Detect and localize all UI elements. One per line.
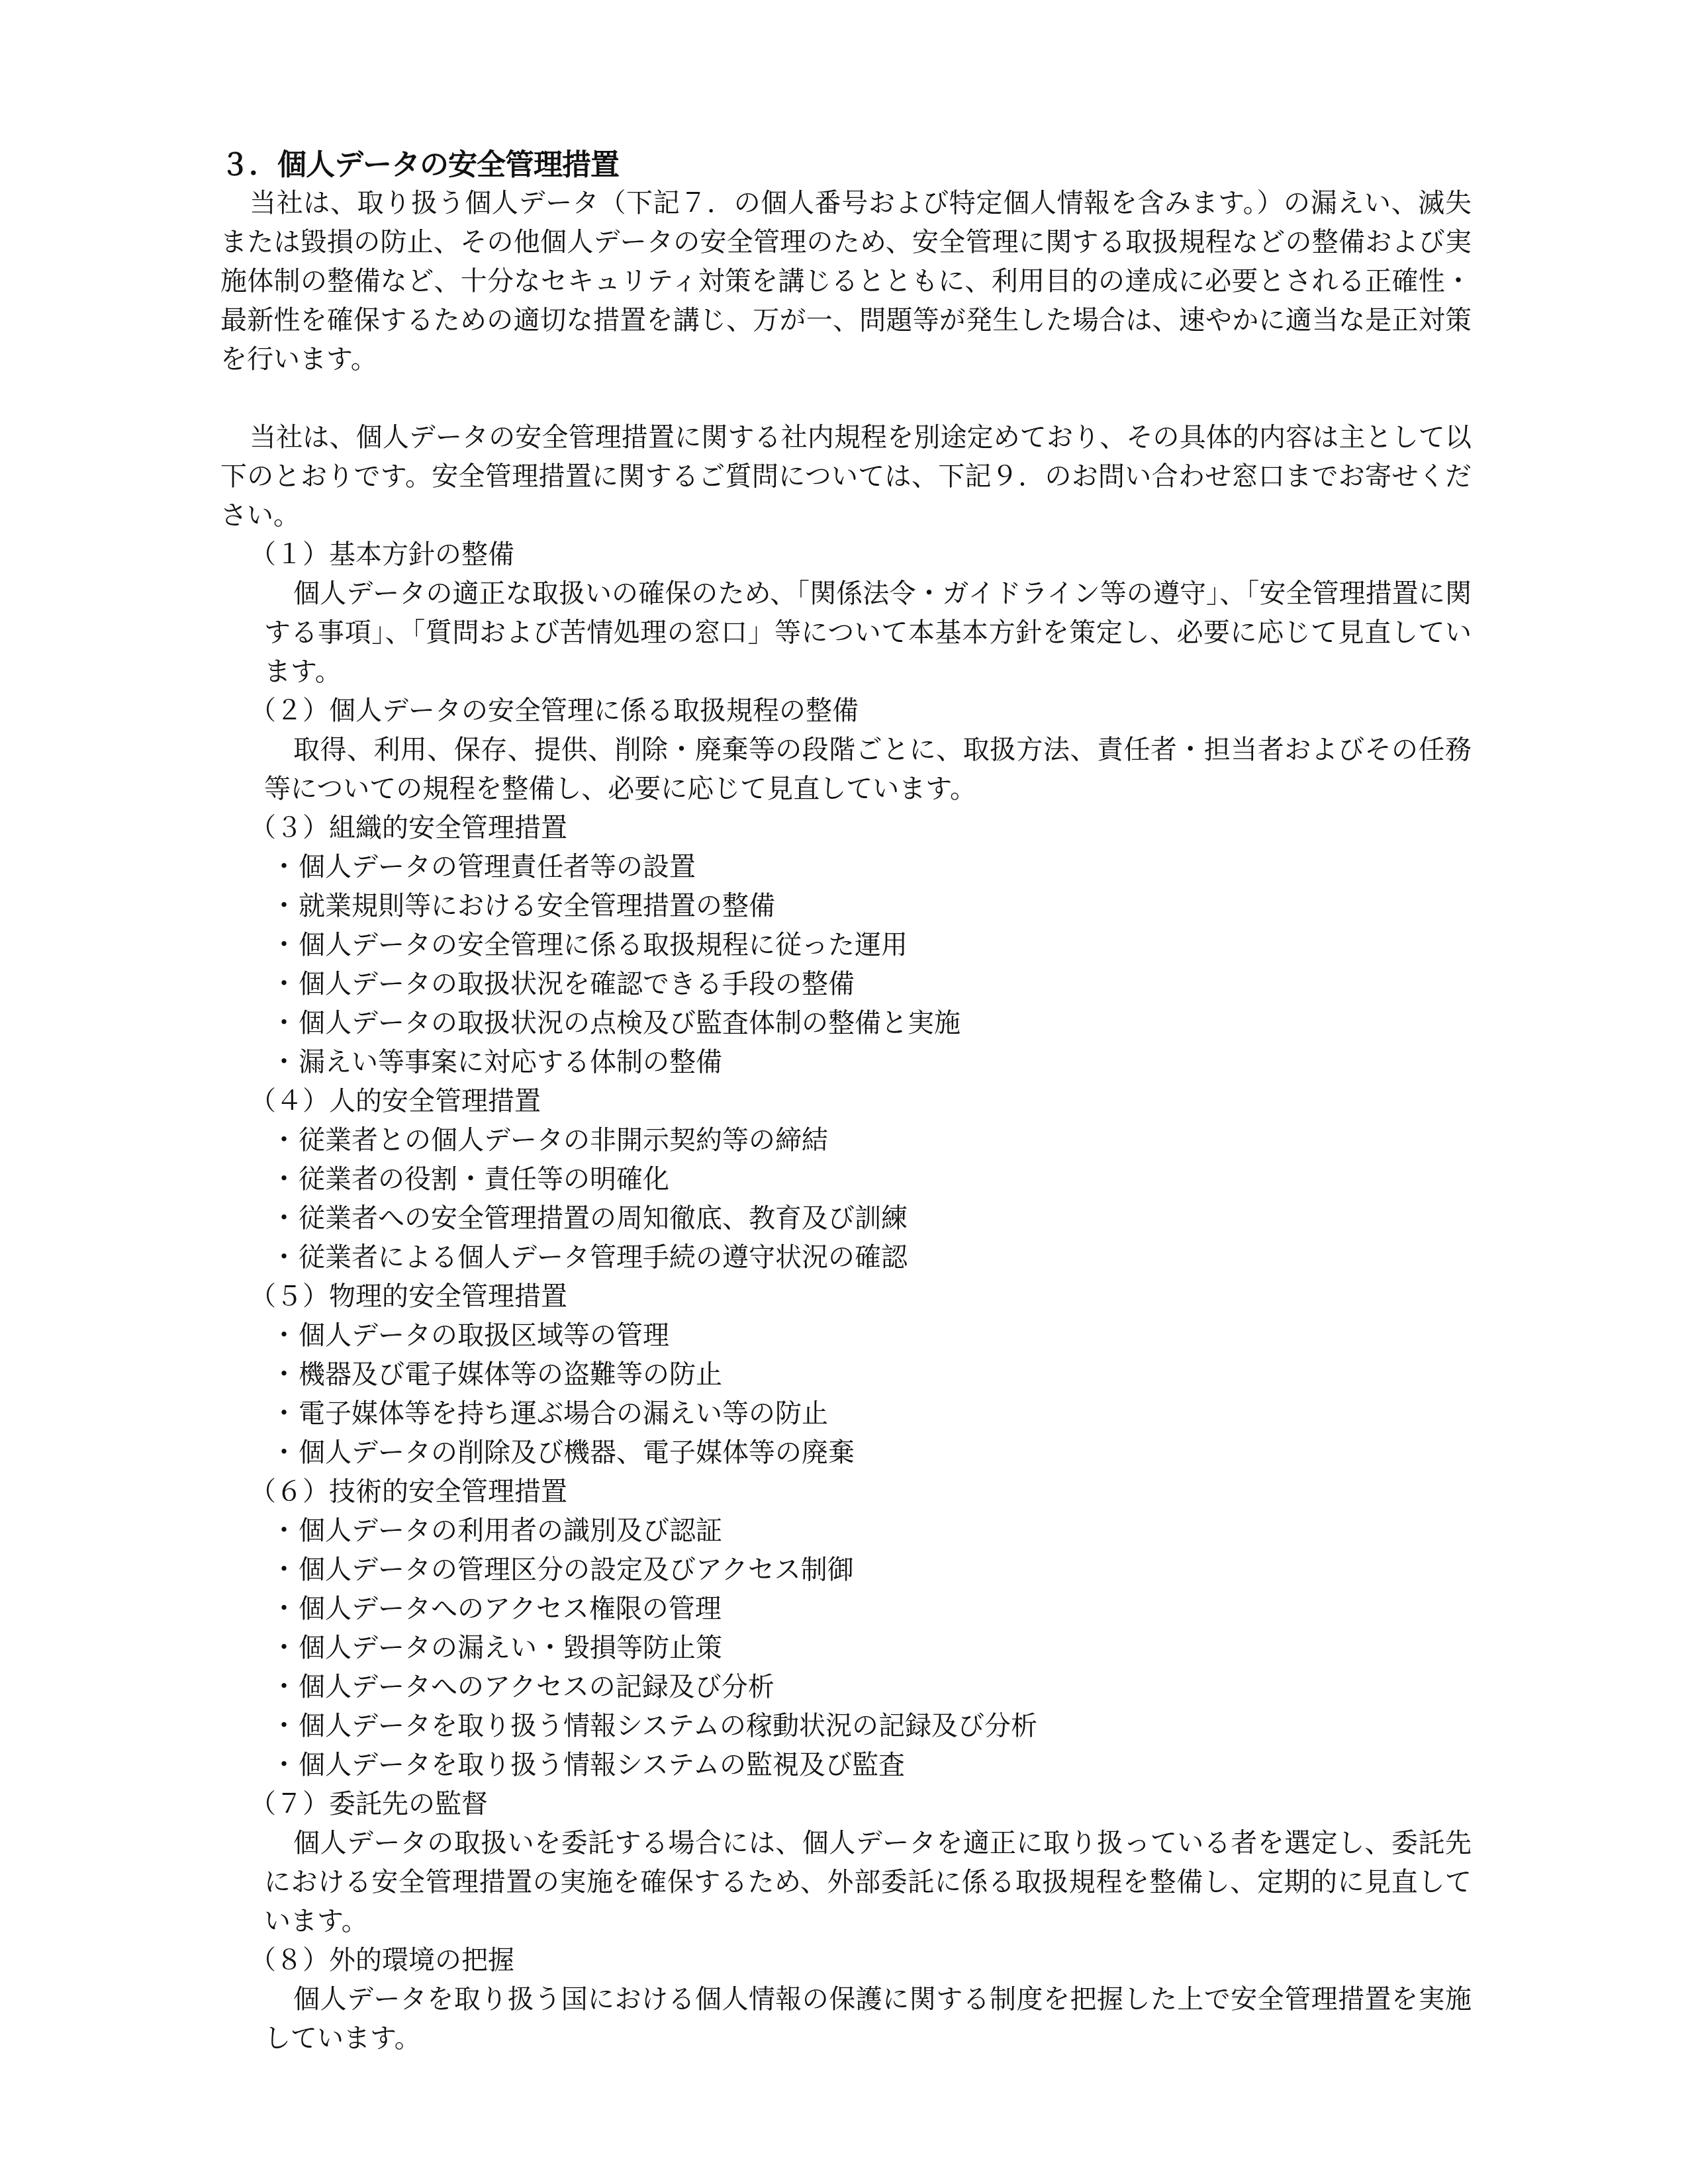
bullet-icon: ・: [269, 1238, 299, 1277]
measure-heading: （６）技術的安全管理措置: [220, 1473, 1472, 1512]
measure-body: 個人データを取り扱う国における個人情報の保護に関する制度を把握した上で安全管理措…: [264, 1980, 1472, 2058]
bullet-icon: ・: [269, 848, 299, 887]
paragraph-spacer: [220, 379, 1472, 418]
measure-physical: （５）物理的安全管理措置 ・個人データの取扱区域等の管理 ・機器及び電子媒体等の…: [220, 1277, 1472, 1473]
list-item: ・従業者の役割・責任等の明確化: [269, 1160, 1472, 1199]
section-title: ３．個人データの安全管理措置: [220, 147, 1472, 184]
measure-items: ・従業者との個人データの非開示契約等の締結 ・従業者の役割・責任等の明確化 ・従…: [220, 1121, 1472, 1277]
bullet-icon: ・: [269, 1121, 299, 1160]
document-page: ３．個人データの安全管理措置 当社は、取り扱う個人データ（下記７．の個人番号およ…: [220, 147, 1472, 2058]
list-item: ・個人データの漏えい・毀損等防止策: [269, 1629, 1472, 1668]
bullet-icon: ・: [269, 926, 299, 965]
bullet-icon: ・: [269, 1043, 299, 1082]
measure-body: 取得、利用、保存、提供、削除・廃棄等の段階ごとに、取扱方法、責任者・担当者および…: [264, 731, 1472, 809]
bullet-icon: ・: [269, 887, 299, 926]
measure-heading: （２）個人データの安全管理に係る取扱規程の整備: [220, 692, 1472, 731]
measure-items: ・個人データの管理責任者等の設置 ・就業規則等における安全管理措置の整備 ・個人…: [220, 848, 1472, 1082]
bullet-icon: ・: [269, 1004, 299, 1043]
list-item: ・電子媒体等を持ち運ぶ場合の漏えい等の防止: [269, 1394, 1472, 1433]
measure-heading: （７）委託先の監督: [220, 1785, 1472, 1824]
intro-paragraph-2: 当社は、個人データの安全管理措置に関する社内規程を別途定めており、その具体的内容…: [220, 418, 1472, 535]
list-item: ・個人データへのアクセス権限の管理: [269, 1590, 1472, 1629]
list-item: ・個人データの管理区分の設定及びアクセス制御: [269, 1551, 1472, 1590]
bullet-icon: ・: [269, 1316, 299, 1355]
measure-basic-policy: （１）基本方針の整備 個人データの適正な取扱いの確保のため、「関係法令・ガイドラ…: [220, 535, 1472, 692]
list-item: ・漏えい等事案に対応する体制の整備: [269, 1043, 1472, 1082]
bullet-icon: ・: [269, 1746, 299, 1785]
bullet-icon: ・: [269, 1707, 299, 1746]
measure-heading: （８）外的環境の把握: [220, 1941, 1472, 1980]
measure-items: ・個人データの取扱区域等の管理 ・機器及び電子媒体等の盗難等の防止 ・電子媒体等…: [220, 1316, 1472, 1473]
measure-organizational: （３）組織的安全管理措置 ・個人データの管理責任者等の設置 ・就業規則等における…: [220, 809, 1472, 1082]
list-item: ・個人データの取扱区域等の管理: [269, 1316, 1472, 1355]
measure-heading: （５）物理的安全管理措置: [220, 1277, 1472, 1316]
intro-paragraph-1: 当社は、取り扱う個人データ（下記７．の個人番号および特定個人情報を含みます。）の…: [220, 184, 1472, 379]
list-item: ・個人データの削除及び機器、電子媒体等の廃棄: [269, 1433, 1472, 1473]
measure-heading: （１）基本方針の整備: [220, 535, 1472, 574]
bullet-icon: ・: [269, 1394, 299, 1433]
bullet-icon: ・: [269, 1355, 299, 1394]
list-item: ・個人データの取扱状況を確認できる手段の整備: [269, 965, 1472, 1004]
list-item: ・個人データの管理責任者等の設置: [269, 848, 1472, 887]
bullet-icon: ・: [269, 1590, 299, 1629]
bullet-icon: ・: [269, 1199, 299, 1238]
measure-handling-rules: （２）個人データの安全管理に係る取扱規程の整備 取得、利用、保存、提供、削除・廃…: [220, 692, 1472, 809]
list-item: ・個人データを取り扱う情報システムの稼動状況の記録及び分析: [269, 1707, 1472, 1746]
measure-external-environment: （８）外的環境の把握 個人データを取り扱う国における個人情報の保護に関する制度を…: [220, 1941, 1472, 2058]
bullet-icon: ・: [269, 1551, 299, 1590]
measure-items: ・個人データの利用者の識別及び認証 ・個人データの管理区分の設定及びアクセス制御…: [220, 1512, 1472, 1785]
list-item: ・機器及び電子媒体等の盗難等の防止: [269, 1355, 1472, 1394]
measure-body: 個人データの取扱いを委託する場合には、個人データを適正に取り扱っている者を選定し…: [264, 1824, 1472, 1941]
list-item: ・個人データを取り扱う情報システムの監視及び監査: [269, 1746, 1472, 1785]
list-item: ・従業者による個人データ管理手続の遵守状況の確認: [269, 1238, 1472, 1277]
bullet-icon: ・: [269, 965, 299, 1004]
bullet-icon: ・: [269, 1668, 299, 1707]
measure-body: 個人データの適正な取扱いの確保のため、「関係法令・ガイドライン等の遵守」、「安全…: [264, 574, 1472, 692]
list-item: ・個人データへのアクセスの記録及び分析: [269, 1668, 1472, 1707]
measure-contractor-supervision: （７）委託先の監督 個人データの取扱いを委託する場合には、個人データを適正に取り…: [220, 1785, 1472, 1941]
bullet-icon: ・: [269, 1629, 299, 1668]
measure-human: （４）人的安全管理措置 ・従業者との個人データの非開示契約等の締結 ・従業者の役…: [220, 1082, 1472, 1277]
list-item: ・従業者との個人データの非開示契約等の締結: [269, 1121, 1472, 1160]
list-item: ・従業者への安全管理措置の周知徹底、教育及び訓練: [269, 1199, 1472, 1238]
measure-heading: （３）組織的安全管理措置: [220, 809, 1472, 848]
list-item: ・個人データの安全管理に係る取扱規程に従った運用: [269, 926, 1472, 965]
measure-technical: （６）技術的安全管理措置 ・個人データの利用者の識別及び認証 ・個人データの管理…: [220, 1473, 1472, 1785]
bullet-icon: ・: [269, 1512, 299, 1551]
list-item: ・個人データの利用者の識別及び認証: [269, 1512, 1472, 1551]
intro-paragraph-1-text: 当社は、取り扱う個人データ（下記７．の個人番号および特定個人情報を含みます。）の…: [220, 184, 1472, 379]
bullet-icon: ・: [269, 1160, 299, 1199]
intro-paragraph-2-text: 当社は、個人データの安全管理措置に関する社内規程を別途定めており、その具体的内容…: [220, 418, 1472, 535]
list-item: ・個人データの取扱状況の点検及び監査体制の整備と実施: [269, 1004, 1472, 1043]
measure-heading: （４）人的安全管理措置: [220, 1082, 1472, 1121]
list-item: ・就業規則等における安全管理措置の整備: [269, 887, 1472, 926]
bullet-icon: ・: [269, 1433, 299, 1473]
